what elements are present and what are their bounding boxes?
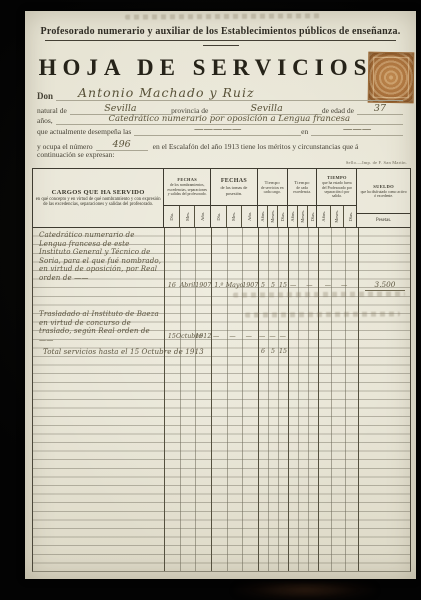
meses-label: Meses.	[300, 210, 305, 223]
subcolumn-rule	[331, 228, 332, 571]
subcolumn-rule	[242, 228, 243, 571]
col-fpos-title: FECHAS	[221, 178, 247, 184]
col-tiempo-excedencia: Tiempo de cada excedencia. Años. Meses. …	[287, 169, 317, 227]
entry-1-posesion-ano: 1907	[242, 282, 258, 291]
pesetas-label: Pesetas.	[357, 213, 410, 227]
entry-1-servicios-meses: 5	[268, 282, 278, 291]
entry-1-fuera: — —	[320, 282, 356, 291]
dias-label: Días.	[348, 212, 353, 221]
en-value: ———	[311, 124, 403, 136]
col-fpos-sub: de las tomas de posesión.	[213, 185, 255, 195]
entry-1-nombramiento-ano: 1907	[195, 282, 211, 291]
column-rule	[318, 228, 319, 571]
subcolumn-rule	[298, 228, 299, 571]
mes-label: Mes.	[185, 212, 190, 221]
entry-2-cargo: Trasladado al Instituto de Baeza en virt…	[39, 310, 163, 344]
header-rule	[45, 40, 397, 41]
entry-2-servicios: — — —	[258, 333, 288, 342]
col-cargos-title: CARGOS QUE HA SERVIDO	[52, 189, 145, 196]
photo-background: Profesorado numerario y auxiliar de los …	[0, 0, 421, 600]
subcolumn-rule	[278, 228, 279, 571]
table-body: Catedrático numerario de Lengua francesa…	[32, 228, 411, 572]
total-servicios-meses: 5	[268, 348, 278, 357]
column-rule	[211, 228, 212, 571]
total-servicios-dias: 15	[278, 348, 288, 357]
column-rule	[164, 228, 165, 571]
col-texc-sub: de cada excedencia.	[290, 186, 315, 195]
dia-label: Día.	[216, 213, 221, 221]
desempena-label: que actualmente desempeña las	[37, 127, 134, 136]
entry-1-sueldo: 3.500	[365, 281, 405, 291]
service-table: CARGOS QUE HA SERVIDO en qué concepto y …	[32, 168, 411, 572]
col-fechas-posesion: FECHAS de las tomas de posesión. Día. Me…	[210, 169, 257, 227]
col-fnombr-title: FECHAS	[177, 177, 197, 182]
column-rule	[358, 228, 359, 571]
col-fechas-nombramientos: FECHAS de los nombramientos, excedencias…	[163, 169, 210, 227]
desempena-value: —————	[134, 124, 301, 136]
page-title: HOJA DE SERVICIOS	[25, 55, 386, 81]
mes-label: Mes.	[231, 212, 236, 221]
form-line-don: Don Antonio Machado y Ruiz	[37, 85, 403, 101]
anios-label: Años.	[321, 211, 326, 222]
printer-imprint: Sello.—Imp. de F. San Martín.	[346, 160, 407, 165]
col-sueldo-title: SUELDO	[373, 184, 394, 189]
subcolumn-rule	[195, 228, 196, 571]
total-row-label: Total servicios hasta el 15 Octubre de 1…	[43, 348, 283, 357]
col-cargos-sub: en qué concepto y en virtud de qué nombr…	[35, 197, 161, 208]
col-tiempo-fuera: TIEMPO que ha estado fuera del Profesora…	[316, 169, 356, 227]
entry-2-posesion: — — —	[211, 333, 258, 342]
header-divider	[25, 45, 416, 46]
col-cargos: CARGOS QUE HA SERVIDO en qué concepto y …	[33, 169, 163, 227]
form-line-expresan: continuación se expresan:	[37, 150, 403, 159]
dias-label: Días.	[280, 212, 285, 221]
subcolumn-rule	[308, 228, 309, 571]
col-tiempo-servicios: Tiempo de servicios en cada cargo. Años.…	[257, 169, 287, 227]
col-sueldo: SUELDO que ha disfrutado como activo ó e…	[356, 169, 410, 227]
expresan-label: continuación se expresan:	[37, 150, 117, 159]
dia-label: Día.	[169, 213, 174, 221]
entry-1-cargo: Catedrático numerario de Lengua francesa…	[39, 231, 163, 283]
col-texc-title: Tiempo	[294, 180, 309, 185]
entry-1-servicios-anos: 5	[258, 282, 268, 291]
subcolumn-rule	[268, 228, 269, 571]
total-servicios-anos: 6	[258, 348, 268, 357]
column-rule	[288, 228, 289, 571]
ano-label: Año.	[200, 212, 205, 221]
ano-label: Año.	[247, 212, 252, 221]
name-value: Antonio Machado y Ruiz	[56, 85, 403, 101]
form-line-desempena: que actualmente desempeña las ————— en —…	[37, 124, 403, 136]
anios-label: Años.	[290, 211, 295, 222]
bleed-through-smudge	[233, 291, 405, 297]
meses-label: Meses.	[270, 210, 275, 223]
dias-label: Días.	[310, 212, 315, 221]
entry-2-nombramiento-ano: 1912	[195, 333, 211, 342]
column-rule	[258, 228, 259, 571]
col-sueldo-sub: que ha disfrutado como activo ó excedent…	[359, 190, 408, 199]
col-tserv-title: Tiempo	[265, 180, 280, 185]
don-label: Don	[37, 91, 56, 101]
anios-label: Años.	[260, 211, 265, 222]
col-tserv-sub: de servicios en cada cargo.	[260, 186, 285, 195]
en-label: en	[301, 127, 311, 136]
table-header: CARGOS QUE HA SERVIDO en qué concepto y …	[32, 168, 411, 228]
entry-1-servicios-dias: 15	[278, 282, 288, 291]
meses-label: Meses.	[334, 210, 339, 223]
subcolumn-rule	[227, 228, 228, 571]
document-page: Profesorado numerario y auxiliar de los …	[25, 11, 416, 579]
subcolumn-rule	[345, 228, 346, 571]
entry-1-excedencia: — —	[290, 282, 316, 291]
top-stamp-smudge	[125, 13, 320, 19]
document-header: Profesorado numerario y auxiliar de los …	[25, 26, 416, 37]
col-fnombr-sub: de los nombramientos, excedencias, separ…	[166, 183, 208, 196]
bleed-through-smudge	[245, 311, 400, 317]
shadow-blob	[235, 580, 375, 600]
col-tfuera-sub: que ha estado fuera del Profesorado por …	[319, 181, 354, 198]
col-tfuera-title: TIEMPO	[327, 175, 347, 180]
subcolumn-rule	[180, 228, 181, 571]
